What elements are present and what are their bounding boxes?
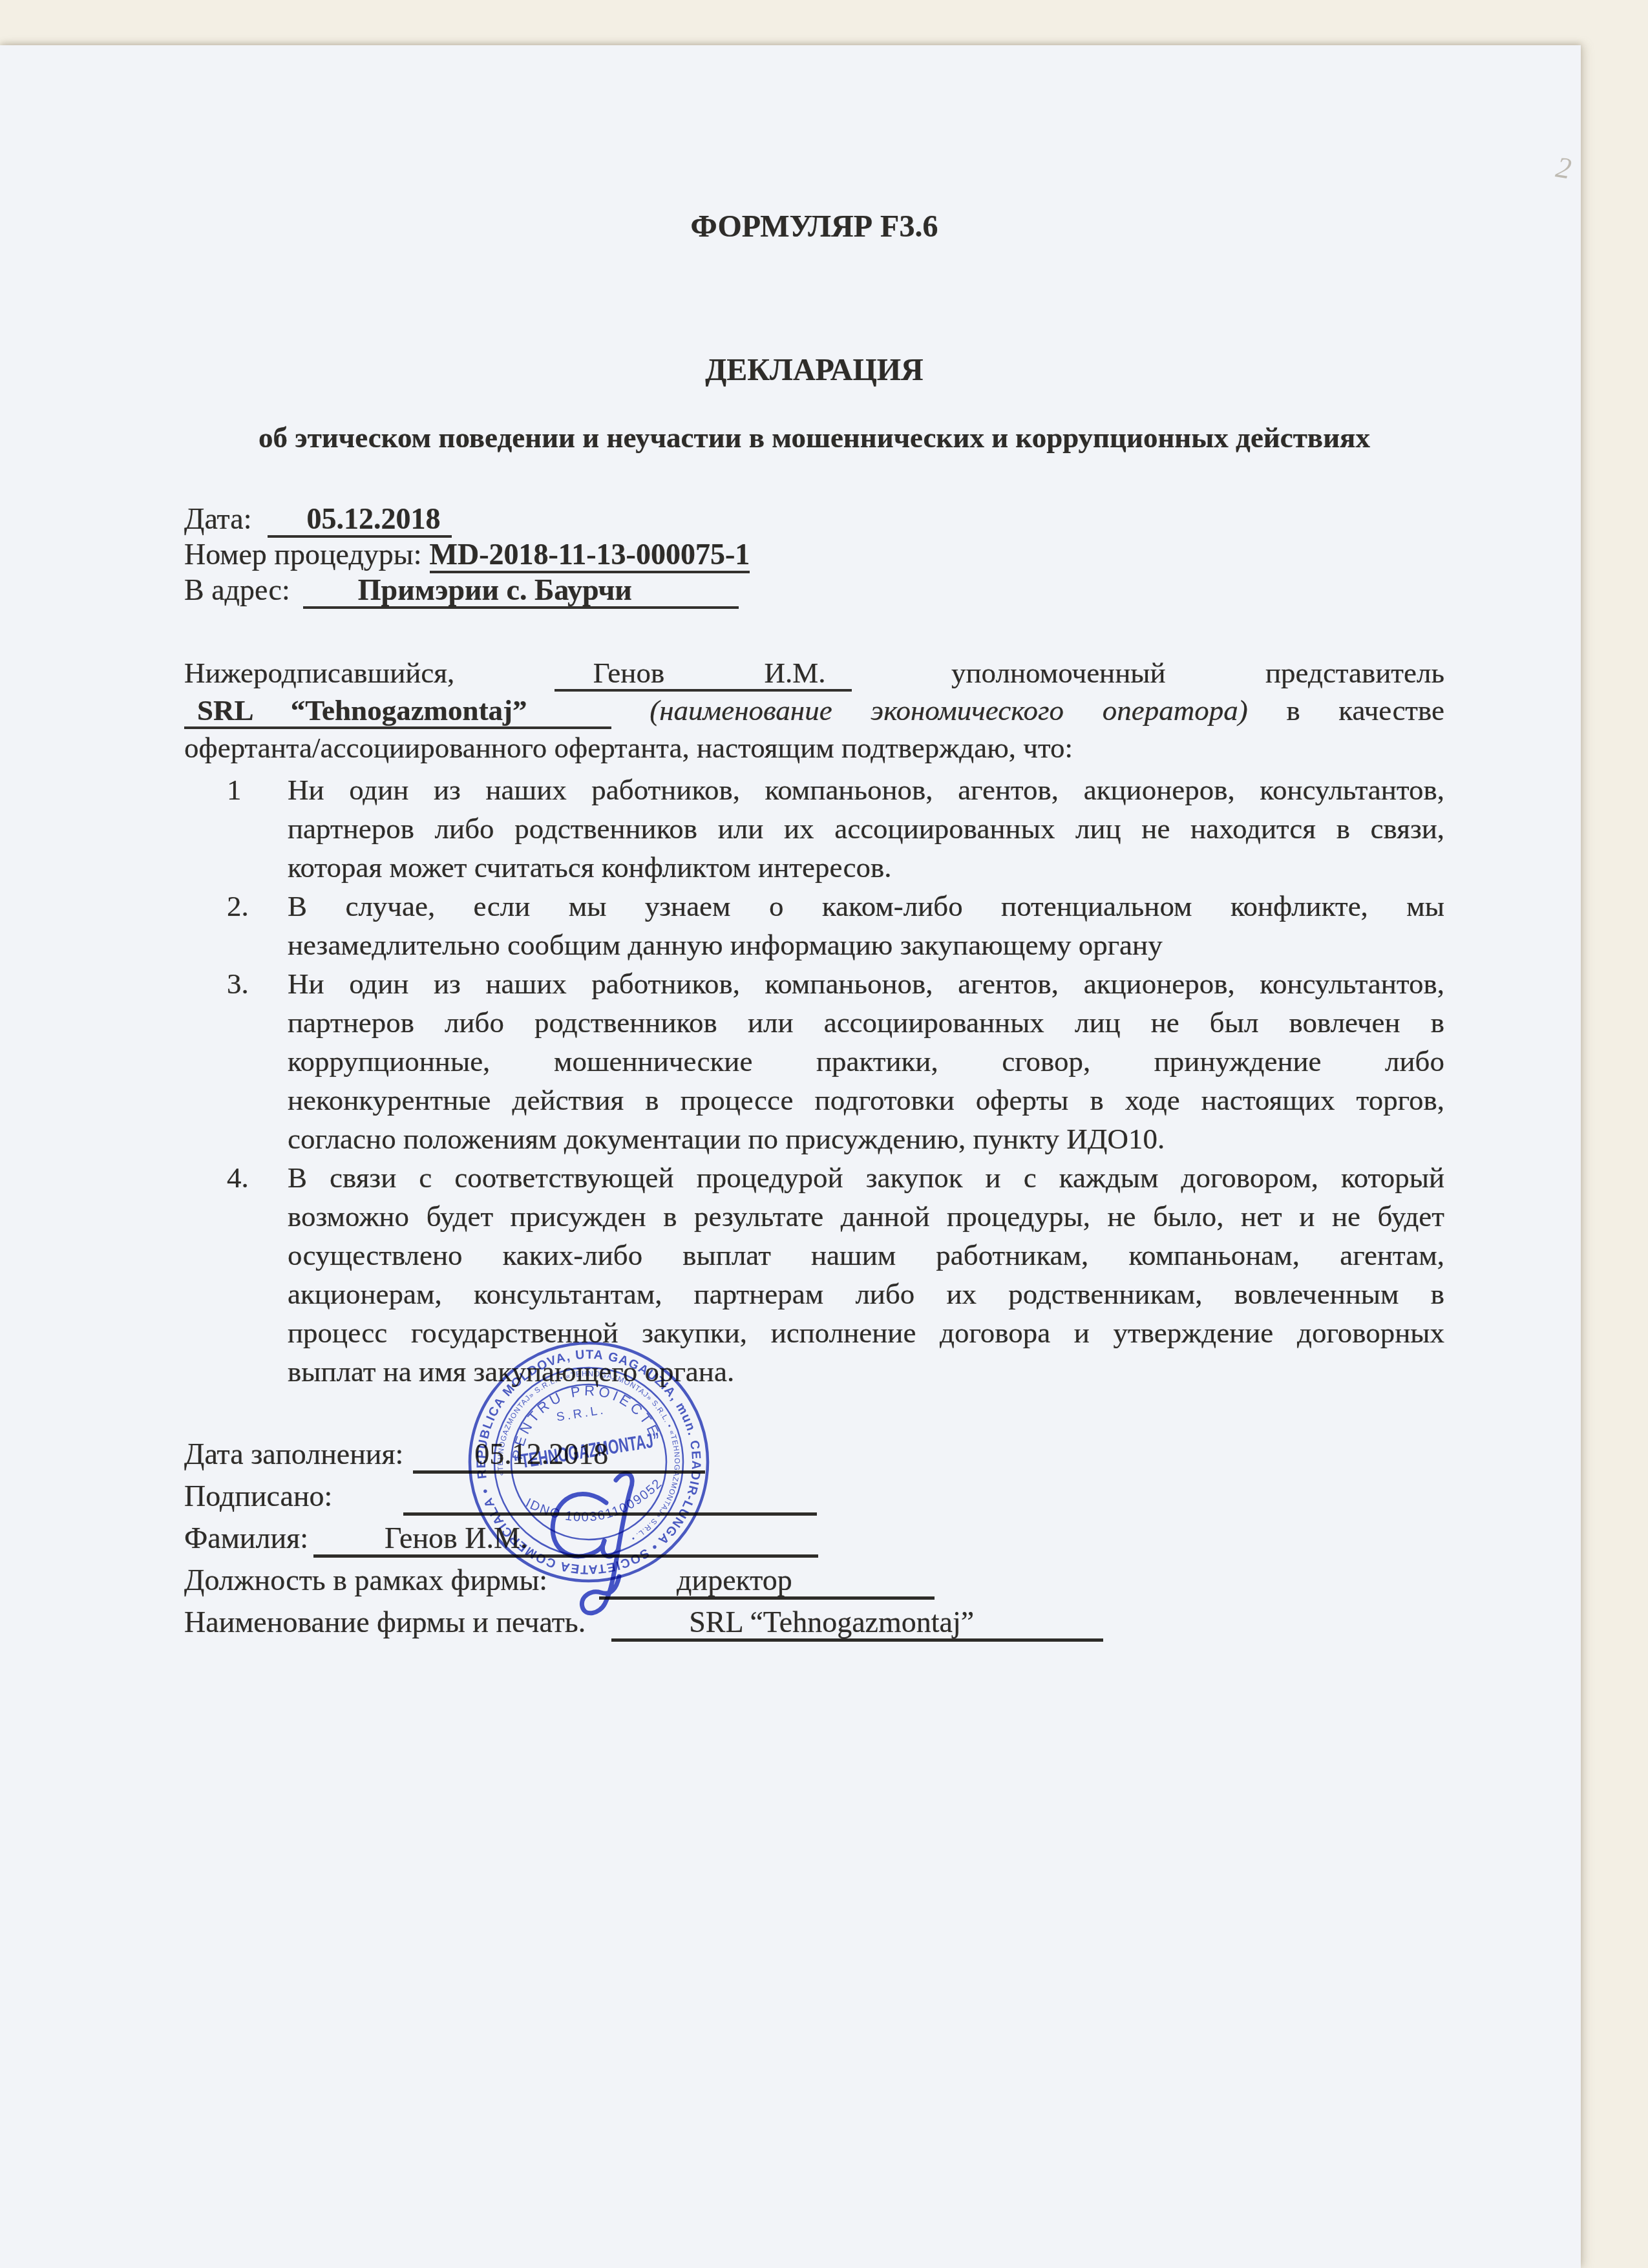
intro-line-3: офертанта/ассоциированного офертанта, на… — [184, 729, 1444, 767]
item-line: партнеров либо родственников или их ассо… — [288, 809, 1444, 848]
signed-line: Подписано: — [184, 1478, 1444, 1520]
procedure-value: MD-2018-11-13-000075-1 — [430, 538, 750, 571]
pencil-page-number: 2 — [1554, 150, 1574, 186]
intro-paragraph: Нижеродписавшийся, Генов И.М. уполномоче… — [184, 654, 1444, 767]
intro-line-1: Нижеродписавшийся, Генов И.М. уполномоче… — [184, 654, 1444, 692]
stamp-srl-text: S.R.L. — [556, 1403, 607, 1425]
header-fields: Дата:05.12.2018 Номер процедуры:MD-2018-… — [184, 501, 1444, 608]
item-line: Ни один из наших работников, компаньонов… — [288, 964, 1444, 1003]
intro-line-2: SRL “Tehnogazmontaj” (наименование эконо… — [184, 692, 1444, 729]
fill-date-label: Дата заполнения: — [184, 1437, 403, 1470]
procedure-line: Номер процедуры:MD-2018-11-13-000075-1 — [184, 536, 1444, 572]
firm-name: SRL “Tehnogazmontaj” — [197, 694, 527, 726]
declaration-subtitle: об этическом поведении и неучастии в мош… — [184, 419, 1444, 456]
firm-label: Наименование фирмы и печать. — [184, 1606, 586, 1638]
item-line: незамедлительно сообщим данную информаци… — [288, 926, 1444, 964]
item-line: партнеров либо родственников или ассоции… — [288, 1003, 1444, 1042]
item-line: возможно будет присужден в результате да… — [288, 1197, 1444, 1236]
firm-value: SRL “Tehnogazmontaj” — [689, 1606, 974, 1638]
intro-role: уполномоченный представитель — [951, 657, 1444, 689]
fill-date-line: Дата заполнения:05.12.2018 — [184, 1436, 1444, 1478]
item-line: которая может считаться конфликтом интер… — [288, 848, 1444, 887]
surname-label: Фамилия: — [184, 1521, 308, 1554]
signed-label: Подписано: — [184, 1479, 332, 1512]
document-content: ФОРМУЛЯР F3.6 ДЕКЛАРАЦИЯ об этическом по… — [184, 45, 1444, 1646]
declaration-heading: ДЕКЛАРАЦИЯ — [184, 352, 1444, 389]
item-line: коррупционные, мошеннические практики, с… — [288, 1042, 1444, 1081]
item-line: осуществлено каких-либо выплат нашим раб… — [288, 1236, 1444, 1275]
date-label: Дата: — [184, 502, 251, 535]
item-marker: 2. — [184, 887, 288, 964]
intro-opening: Нижеродписавшийся, — [184, 657, 454, 689]
item-marker: 1 — [184, 770, 288, 887]
item-line: согласно положениям документации по прис… — [288, 1119, 1444, 1158]
signature-c-stroke — [553, 1494, 606, 1556]
firm-line: Наименование фирмы и печать.SRL “Tehnoga… — [184, 1604, 1444, 1646]
firm-note: (наименование экономического оператора) — [650, 694, 1247, 726]
item-line: В случае, если мы узнаем о каком-либо по… — [288, 887, 1444, 926]
list-item: 3. Ни один из наших работников, компаньо… — [184, 964, 1444, 1158]
representative-name: Генов И.М. — [593, 657, 826, 689]
form-title: ФОРМУЛЯР F3.6 — [184, 208, 1444, 246]
date-value: 05.12.2018 — [306, 502, 440, 535]
addressee-value: Примэрии с. Баурчи — [358, 573, 632, 606]
item-marker: 3. — [184, 964, 288, 1158]
item-line: Ни один из наших работников, компаньонов… — [288, 770, 1444, 809]
declaration-list: 1 Ни один из наших работников, компаньон… — [184, 770, 1444, 1391]
handwritten-signature — [529, 1454, 671, 1622]
procedure-label: Номер процедуры: — [184, 538, 422, 571]
date-line: Дата:05.12.2018 — [184, 501, 1444, 536]
addressee-line: В адрес:Примэрии с. Баурчи — [184, 572, 1444, 608]
item-line: акционерам, консультантам, партнерам либ… — [288, 1275, 1444, 1313]
list-item: 4. В связи с соответствующей процедурой … — [184, 1158, 1444, 1391]
item-line: В связи с соответствующей процедурой зак… — [288, 1158, 1444, 1197]
item-line: неконкурентные действия в процессе подго… — [288, 1081, 1444, 1119]
intro-tail: в качестве — [1286, 694, 1444, 726]
document-page: 2 ФОРМУЛЯР F3.6 ДЕКЛАРАЦИЯ об этическом … — [0, 45, 1581, 2268]
surname-line: Фамилия:Генов И.М. — [184, 1520, 1444, 1562]
position-line: Должность в рамках фирмы:директор — [184, 1562, 1444, 1604]
signature-block: Дата заполнения:05.12.2018 Подписано: Фа… — [184, 1436, 1444, 1646]
list-item: 2. В случае, если мы узнаем о каком-либо… — [184, 887, 1444, 964]
list-item: 1 Ни один из наших работников, компаньон… — [184, 770, 1444, 887]
item-marker: 4. — [184, 1158, 288, 1391]
addressee-label: В адрес: — [184, 573, 290, 606]
